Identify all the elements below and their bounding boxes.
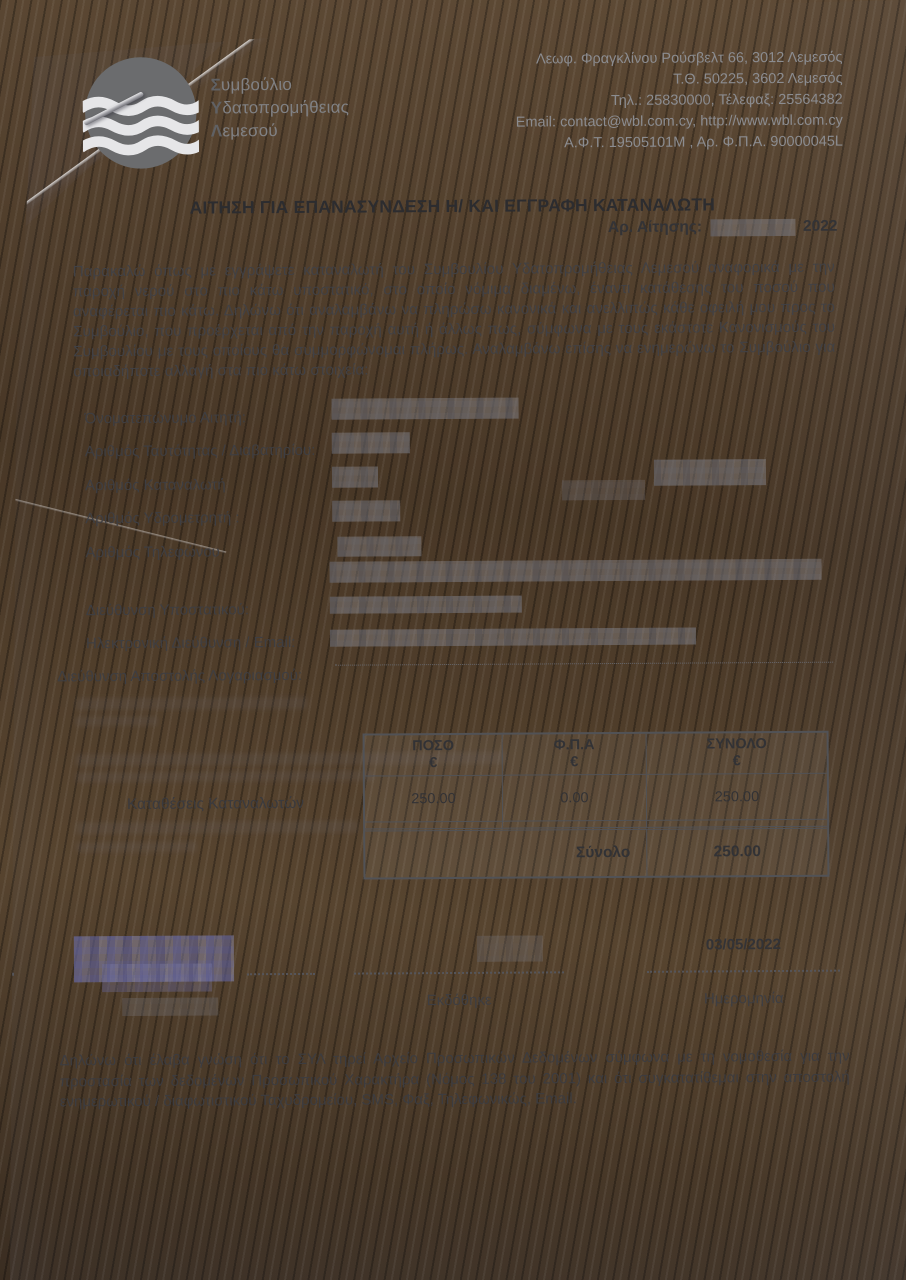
org-initial: Σ (211, 75, 222, 94)
cell-vat: 0.00 (503, 775, 647, 822)
bleed-through-text (75, 697, 307, 710)
field-label-applicant-name: Όνοματεπώνυμο Αιτητή: (85, 409, 246, 427)
org-line: Υδατοπρομήθειας (211, 96, 349, 120)
field-label-premises-address: Διεύθυνση Υποστατικού: (86, 601, 249, 619)
header-unit: € (570, 754, 578, 771)
field-label-email-address: Ηλεκτρονική Διεύθυνση / Email: (86, 634, 296, 652)
margin-mark (4, 973, 14, 976)
org-initial: Λ (211, 121, 223, 140)
redacted-premises-address-line2 (330, 596, 522, 614)
header-unit: € (733, 753, 741, 770)
document-content: Συμβούλιο Υδατοπρομήθειας Λεμεσού Λεωφ. … (0, 0, 906, 1280)
redacted-annotation (562, 480, 645, 501)
redacted-signer-name (122, 997, 218, 1016)
header-title: ΠΟΣΟ (412, 738, 454, 755)
redacted-id-number (332, 432, 410, 453)
organization-name: Συμβούλιο Υδατοπρομήθειας Λεμεσού (211, 73, 350, 143)
cell-total: 250.00 (647, 774, 827, 821)
application-number-label: Αρ. Αίτησης: (608, 218, 702, 237)
bleed-through-text (76, 842, 196, 853)
contact-address-line: Λεωφ. Φραγκλίνου Ρούσβελτ 66, 3012 Λεμεσ… (515, 48, 842, 71)
redacted-applicant-name (332, 398, 519, 420)
application-number: Αρ. Αίτησης: 2022 (608, 218, 838, 237)
org-line: Λεμεσού (211, 119, 349, 143)
issued-dotted-line (354, 971, 564, 974)
header-cell-vat: Φ.Π.Α € (503, 734, 647, 776)
redacted-application-number (710, 218, 795, 236)
bleed-through-text (76, 821, 358, 835)
table-row: 250.00 0.00 250.00 (365, 774, 827, 823)
signature-dotted-line (247, 973, 315, 975)
issued-label: Εκδόθηκε (354, 991, 564, 1009)
header-unit: € (429, 755, 437, 772)
redacted-annotation (654, 459, 766, 486)
bleed-through-text (76, 770, 374, 782)
contact-email-line: Email: contact@wbl.com.cy, http://www.wb… (516, 111, 843, 134)
header-cell-total: ΣΥΝΟΛΟ € (647, 733, 827, 775)
redacted-phone-number (337, 536, 421, 557)
field-label-billing-address: Διεύθυνση Αποστολής Λογαριασμού: (57, 667, 302, 685)
redacted-signature (102, 963, 212, 992)
field-label-consumer-number: Αριθμός Καταναλωτή (85, 476, 226, 494)
redacted-consumer-number (332, 466, 378, 487)
data-protection-note: Δηλώνω ότι έλαβα γνώση ότι το ΣΥΛ τηρεί … (60, 1047, 850, 1113)
paper-document: Συμβούλιο Υδατοπρομήθειας Λεμεσού Λεωφ. … (0, 0, 906, 1280)
deposit-table: ΠΟΣΟ € Φ.Π.Α € ΣΥΝΟΛΟ € 250.00 0.00 2 (363, 731, 830, 880)
redacted-premises-address-line1 (330, 559, 822, 583)
header-cell-amount: ΠΟΣΟ € (365, 735, 503, 777)
redacted-email-address (330, 628, 696, 647)
header-title: Φ.Π.Α (554, 737, 595, 754)
redacted-issuer-stamp (477, 935, 543, 961)
photo-of-document: Συμβούλιο Υδατοπρομήθειας Λεμεσού Λεωφ. … (0, 0, 906, 1280)
contact-pobox-line: Τ.Θ. 50225, 3602 Λεμεσός (515, 69, 842, 92)
org-line: Συμβούλιο (211, 73, 349, 97)
billing-address-dotted-line (335, 662, 833, 666)
org-rest: εμεσού (222, 121, 278, 140)
table-header-row: ΠΟΣΟ € Φ.Π.Α € ΣΥΝΟΛΟ € (365, 733, 827, 777)
date-label: Ημερομηνία (647, 990, 840, 1008)
org-rest: δατοπρομήθειας (222, 98, 349, 118)
page-title: ΑΙΤΗΣΗ ΓΙΑ ΕΠΑΝΑΣΥΝΔΕΣΗ Η/ ΚΑΙ ΕΓΓΡΑΦΗ Κ… (95, 194, 809, 219)
grand-total-cell: 250.00 (647, 829, 827, 876)
cell-amount: 250.00 (365, 776, 503, 823)
org-rest: υμβούλιο (221, 75, 292, 94)
date-dotted-line (647, 970, 840, 973)
bleed-through-text (75, 716, 157, 727)
contact-phone-line: Τηλ.: 25830000, Τέλεφαξ: 25564382 (516, 90, 843, 113)
field-label-phone-number: Αριθμός Τηλεφώνου (85, 543, 220, 561)
table-row-label: Καταθέσεις Καταναλωτών (127, 795, 304, 814)
total-label-cell: Σύνολο (365, 830, 647, 878)
redacted-meter-number (332, 500, 400, 521)
org-initial: Υ (211, 98, 223, 117)
header-title: ΣΥΝΟΛΟ (706, 736, 766, 753)
application-number-year: 2022 (803, 218, 838, 236)
contact-info: Λεωφ. Φραγκλίνου Ρούσβελτ 66, 3012 Λεμεσ… (515, 48, 843, 155)
issue-date: 03/05/2022 (647, 936, 840, 954)
contact-vat-line: Α.Φ.Τ. 19505101Μ , Αρ. Φ.Π.Α. 90000045L (516, 132, 843, 155)
intro-paragraph: Παρακαλώ όπως με εγγράψετε καταναλωτή το… (73, 258, 836, 382)
field-label-id-passport: Αριθμός Ταυτότητας / Διαβατηρίου: (85, 442, 316, 460)
field-label-meter-number: Αριθμός Υδρομετρητή : (85, 509, 239, 527)
table-total-row: Σύνολο 250.00 (365, 829, 827, 878)
